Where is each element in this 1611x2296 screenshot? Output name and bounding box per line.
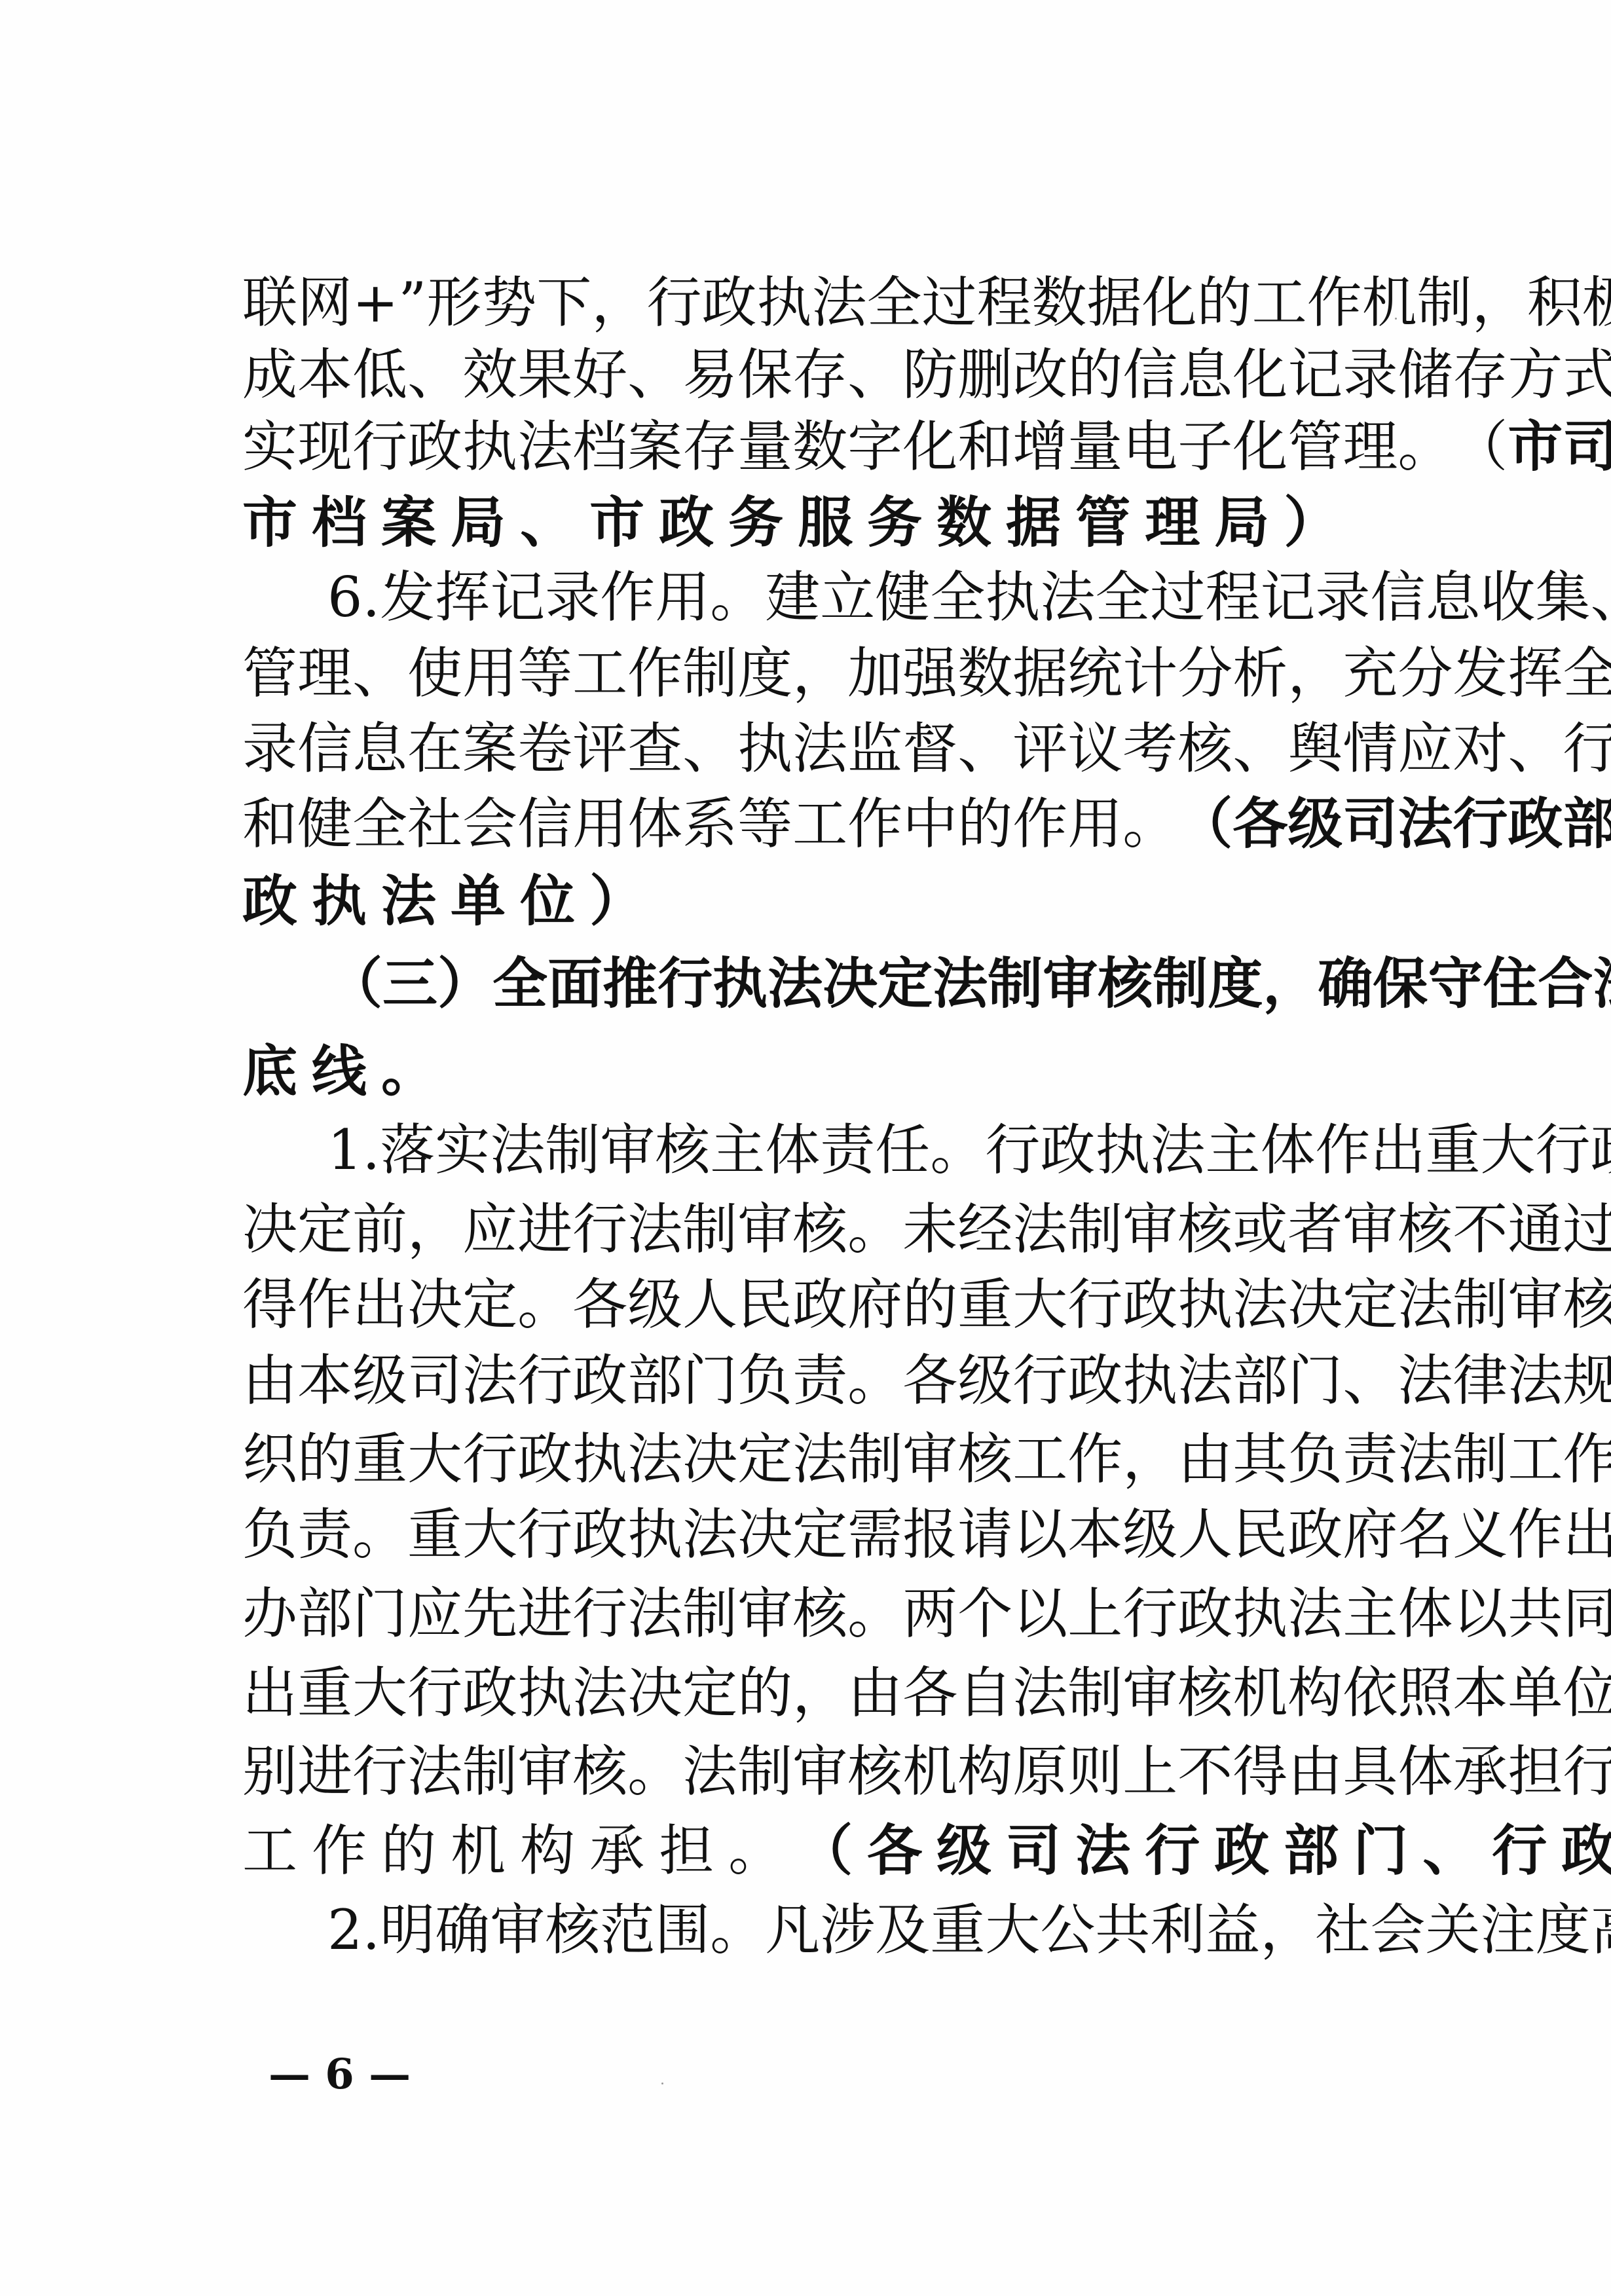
text-line: 底线。	[242, 1039, 1431, 1104]
scan-speck	[661, 2083, 663, 2084]
text-line: 管理、使用等工作制度，加强数据统计分析，充分发挥全过程记	[242, 640, 1431, 706]
text-line: 决定前，应进行法制审核。未经法制审核或者审核不通过的，不	[242, 1196, 1431, 1262]
text-line: 和健全社会信用体系等工作中的作用。（各级司法行政部门、行	[242, 791, 1431, 857]
text-line: 2.明确审核范围。凡涉及重大公共利益，社会关注度高，可	[327, 1897, 1431, 1963]
text-line: 由本级司法行政部门负责。各级行政执法部门、法律法规授权组	[242, 1348, 1431, 1413]
text-line: 1.落实法制审核主体责任。行政执法主体作出重大行政执法	[327, 1117, 1431, 1183]
text-line: 工作的机构承担。（各级司法行政部门、行政执法单位）	[242, 1818, 1431, 1883]
document-page: 联网+”形势下，行政执法全过程数据化的工作机制，积极探索成本低、效果好、易保存、…	[0, 0, 1611, 2296]
scan-speck	[1398, 576, 1400, 578]
text-line: 市档案局、市政务服务数据管理局）	[242, 490, 1431, 555]
text-line: 6.发挥记录作用。建立健全执法全过程记录信息收集、保存、	[327, 565, 1431, 630]
text-line: 别进行法制审核。法制审核机构原则上不得由具体承担行政执法	[242, 1739, 1431, 1804]
page-number: — 6 —	[268, 2048, 411, 2101]
text-line: 联网+”形势下，行政执法全过程数据化的工作机制，积极探索	[242, 270, 1431, 335]
text-line: 织的重大行政执法决定法制审核工作，由其负责法制工作的机构	[242, 1426, 1431, 1492]
text-line: 办部门应先进行法制审核。两个以上行政执法主体以共同名义作	[242, 1581, 1431, 1646]
text-line: 出重大行政执法决定的，由各自法制审核机构依照本单位职能分	[242, 1660, 1431, 1726]
text-line: 实现行政执法档案存量数字化和增量电子化管理。（市司法局、	[242, 414, 1431, 479]
scan-speck	[1395, 318, 1397, 320]
text-line: 得作出决定。各级人民政府的重大行政执法决定法制审核工作，	[242, 1272, 1431, 1337]
text-line: 负责。重大行政执法决定需报请以本级人民政府名义作出的，承	[242, 1502, 1431, 1567]
text-line: 政执法单位）	[242, 868, 1431, 934]
text-line: 录信息在案卷评查、执法监督、评议考核、舆情应对、行政决策	[242, 716, 1431, 781]
text-line: （三）全面推行执法决定法制审核制度，确保守住合法行政	[327, 951, 1431, 1016]
text-line: 成本低、效果好、易保存、防删改的信息化记录储存方式，逐步	[242, 342, 1431, 407]
